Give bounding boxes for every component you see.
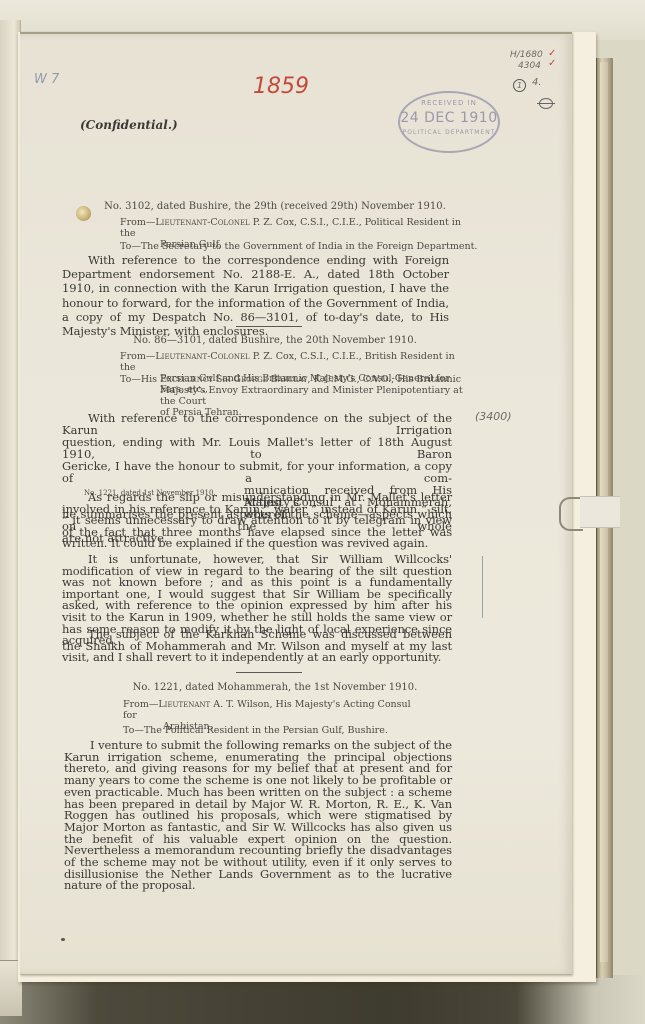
text-line: Gericke, I have the honour to submit, fo…: [62, 460, 452, 484]
to-title: Excellency Sir George Barclay: [160, 374, 308, 385]
crossed-circle-icon: [539, 98, 553, 109]
folio-number: 1859: [253, 74, 309, 99]
from-label: From—: [120, 351, 155, 362]
section-divider: [236, 326, 302, 327]
binding-tab: [580, 496, 620, 528]
from-rank: Lieutenant: [158, 699, 210, 710]
margin-annotation: (3400): [475, 410, 512, 423]
classification-label: (Confidential.): [80, 118, 178, 132]
text-line: With reference to the correspondence on …: [62, 412, 452, 436]
letter-3-to: To—The Political Resident in the Persian…: [123, 725, 443, 736]
from-rank: Lieutenant-Colonel: [155, 217, 249, 228]
scan-background-bottom: [0, 975, 645, 1024]
stamp-top-text: RECEIVED IN: [400, 99, 498, 107]
circled-number: 1: [513, 79, 526, 92]
to-label: To—His: [120, 374, 160, 385]
letter-2-paragraph-2: As regards the slip or misunderstanding …: [62, 492, 452, 550]
letter-2-paragraph-4: The subject of the Karkhah Scheme was di…: [62, 629, 452, 664]
stamp-bottom-text: POLITICAL DEPARTMENT: [400, 129, 498, 136]
section-divider: [236, 672, 302, 673]
from-label: From—: [120, 217, 155, 228]
red-check-icon: ✓: [548, 58, 556, 69]
letter-1-to: To—The Secretary to the Government of In…: [120, 241, 480, 252]
stamp-date: 24 DEC 1910: [400, 110, 498, 126]
from-label: From—: [123, 699, 158, 710]
letter-3-heading: No. 1221, dated Mohammerah, the 1st Nove…: [100, 682, 450, 693]
reference-number-2: 4304: [518, 61, 541, 71]
letter-1-heading: No. 3102, dated Bushire, the 29th (recei…: [100, 201, 450, 212]
punch-hole: [76, 206, 91, 221]
ink-speck: [61, 938, 65, 941]
letter-3-paragraph: I venture to submit the following remark…: [64, 740, 452, 892]
reference-number-1: H/1680: [510, 50, 543, 60]
handwritten-mark: 4.: [532, 77, 542, 88]
from-rank: Lieutenant-Colonel: [155, 351, 249, 362]
pencil-mark: W 7: [34, 72, 59, 87]
to-continuation-1: Majesty's Envoy Extraordinary and Minist…: [120, 385, 465, 407]
received-stamp: RECEIVED IN 24 DEC 1910 POLITICAL DEPART…: [398, 91, 500, 153]
text-line: question, ending with Mr. Louis Mallet's…: [62, 436, 452, 460]
document-page: W 7 1859 H/1680 ✓ 4304 ✓ 1 4. RECEIVED I…: [20, 32, 572, 975]
letter-2-heading: No. 86—3101, dated Bushire, the 20th Nov…: [100, 335, 450, 346]
to-rest: , K.C.M.G., C.V.O., His Britannic: [308, 374, 461, 385]
margin-pencil-line: [482, 556, 483, 618]
